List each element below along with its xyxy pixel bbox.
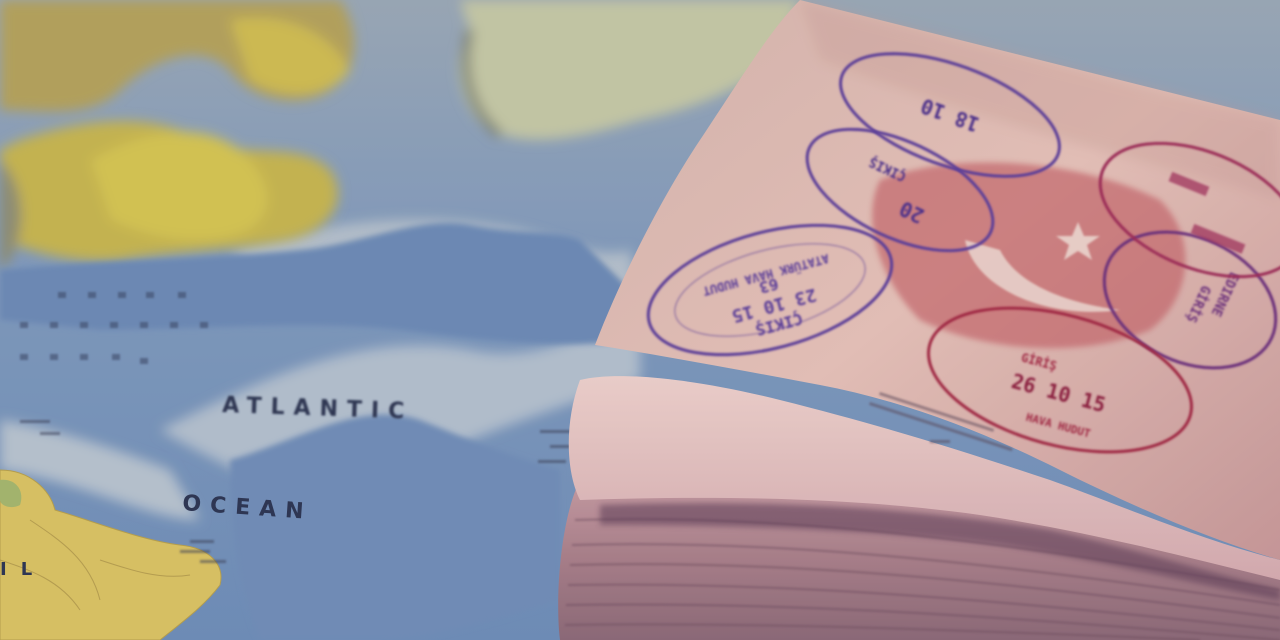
- color-grade-overlay: [0, 0, 1280, 640]
- scene-canvas: ATLANTIC OCEAN IL: [0, 0, 1280, 640]
- photo-scene: ATLANTIC OCEAN IL: [0, 0, 1280, 640]
